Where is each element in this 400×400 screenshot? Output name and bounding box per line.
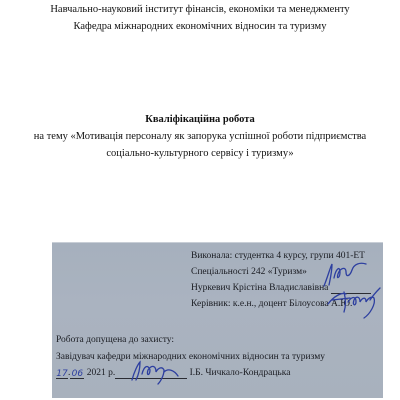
document-title: Кваліфікаційна робота — [0, 113, 400, 126]
approval-label: Робота допущена до захисту: — [56, 334, 174, 346]
date-month: 06 — [70, 368, 84, 379]
supervisor-row: Керівник: к.е.н., доцент Білоусова А.Ю. — [191, 298, 352, 310]
topic-line-2: соціально-культурного сервісу і туризму» — [0, 147, 400, 160]
institute-name: Навчально-науковий інститут фінансів, ек… — [0, 3, 400, 16]
date-year: 2021 р. — [87, 368, 116, 378]
author-course-group: Виконала: студентка 4 курсу, групи 401-Е… — [191, 250, 365, 262]
author-specialty: Спеціальності 242 «Туризм» — [191, 266, 307, 278]
topic-line-1: на тему «Мотивація персоналу як запорука… — [0, 130, 400, 143]
date-day: 17 — [56, 368, 68, 379]
author-name-row: Нуркевич Крістіна Владиславівна — [191, 282, 371, 294]
supervisor-info: Керівник: к.е.н., доцент Білоусова А.Ю. — [191, 299, 352, 309]
head-signature-line — [115, 368, 187, 379]
author-name: Нуркевич Крістіна Владиславівна — [191, 283, 328, 293]
department-head-title: Завідувач кафедри міжнародних економічни… — [56, 351, 325, 363]
author-signature-line — [331, 283, 371, 294]
head-name: І.Б. Чичкало-Кондрацька — [190, 368, 291, 378]
approval-date-row: 17.06 2021 р. І.Б. Чичкало-Кондрацька — [56, 367, 290, 379]
department-name: Кафедра міжнародних економічних відносин… — [0, 20, 400, 33]
scanned-signature-section: Виконала: студентка 4 курсу, групи 401-Е… — [52, 242, 383, 398]
